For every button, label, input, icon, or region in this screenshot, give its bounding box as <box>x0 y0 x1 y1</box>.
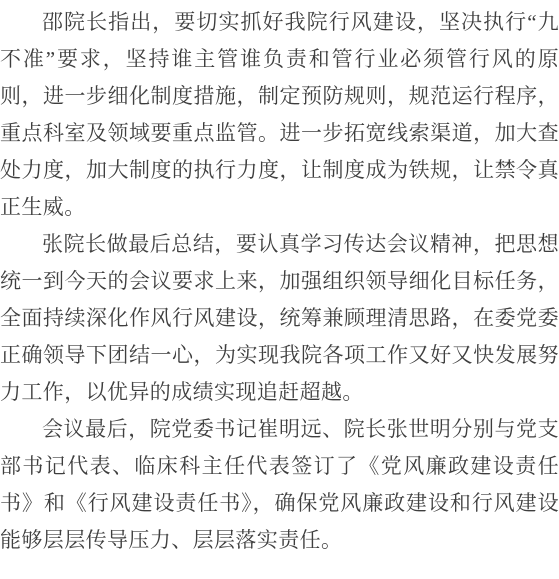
paragraph-director-zhang-summary: 张院长做最后总结，要认真学习传达会议精神，把思想统一到今天的会议要求上来，加强组… <box>0 226 559 411</box>
paragraph-director-shao-remarks: 邵院长指出，要切实抓好我院行风建设，坚决执行“九不准”要求，坚持谁主管谁负责和管… <box>0 4 559 226</box>
paragraph-responsibility-signing: 会议最后，院党委书记崔明远、院长张世明分别与党支部书记代表、临床科主任代表签订了… <box>0 411 559 559</box>
document-page: 邵院长指出，要切实抓好我院行风建设，坚决执行“九不准”要求，坚持谁主管谁负责和管… <box>0 0 559 579</box>
